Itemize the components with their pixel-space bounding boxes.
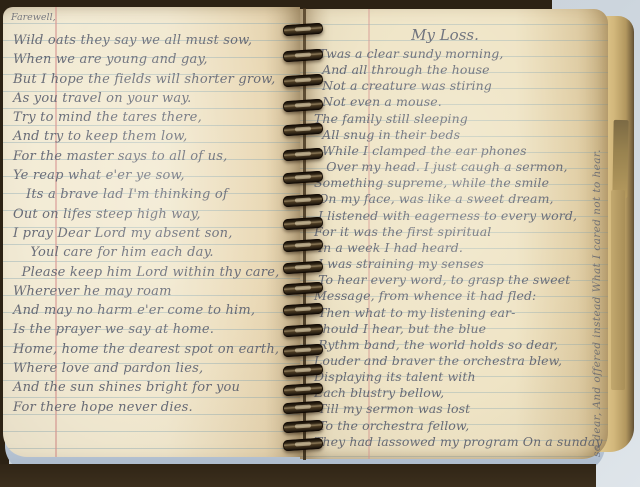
spiral-coil xyxy=(283,99,324,113)
spiral-binding xyxy=(274,0,332,472)
spiral-coil xyxy=(283,194,324,208)
handwriting-line: Message, from whence it had fled: xyxy=(314,288,603,304)
spiral-coil xyxy=(283,123,324,137)
handwriting-line: Not a creature was stiring xyxy=(314,78,603,94)
handwriting-line: Each blustry bellow, xyxy=(314,385,603,401)
handwriting-line: For the master says to all of us, xyxy=(13,147,279,166)
right-page-margin-note: so dear, And offered instead What I care… xyxy=(591,57,603,457)
spiral-coil xyxy=(283,261,324,275)
handwriting-line: Twas a clear sundy morning, xyxy=(314,46,603,62)
handwriting-line: While I clamped the ear phones xyxy=(314,143,603,159)
page-edge-strip xyxy=(611,190,625,390)
spiral-coil xyxy=(283,419,324,433)
handwriting-line: On my face, was like a sweet dream, xyxy=(314,191,603,207)
spiral-coil xyxy=(283,343,324,357)
handwriting-line: For it was the first spiritual xyxy=(314,224,603,240)
handwriting-line: Not even a mouse. xyxy=(314,94,603,110)
handwriting-line: Rythm band, the world holds so dear, xyxy=(314,337,603,353)
handwriting-line: Till my sermon was lost xyxy=(314,401,603,417)
spiral-coil xyxy=(283,239,324,253)
handwriting-line: When we are young and gay, xyxy=(13,50,279,69)
handwriting-line: And may no harm e'er come to him, xyxy=(13,301,279,320)
handwriting-line: To the orchestra fellow, xyxy=(314,418,603,434)
spiral-coil xyxy=(283,23,324,37)
handwriting-line: To hear every word, to grasp the sweet xyxy=(314,272,603,288)
handwriting-line: Home, home the dearest spot on earth, xyxy=(13,340,279,359)
spiral-coil xyxy=(283,323,324,337)
spiral-coil xyxy=(283,303,324,317)
handwriting-line: All snug in their beds xyxy=(314,127,603,143)
handwriting-line: Please keep him Lord within thy care, xyxy=(13,263,279,282)
handwriting-line: Wherever he may roam xyxy=(13,282,279,301)
handwriting-line: I listened with eagerness to every word, xyxy=(314,208,603,224)
left-page: Farewell, Wild oats they say we all must… xyxy=(3,7,300,457)
handwriting-line: Displaying its talent with xyxy=(314,369,603,385)
spiral-coil xyxy=(283,363,324,377)
handwriting-line: Try to mind the tares there, xyxy=(13,108,279,127)
handwriting-line: I was straining my senses xyxy=(314,256,603,272)
handwriting-line: I pray Dear Lord my absent son, xyxy=(13,224,279,243)
handwriting-line: Then what to my listening ear- xyxy=(314,305,603,321)
handwriting-line: Over my head. I just caugh a sermon, xyxy=(314,159,603,175)
spiral-coil xyxy=(283,74,324,88)
handwriting-line: And try to keep them low, xyxy=(13,127,279,146)
spiral-coil xyxy=(283,48,324,62)
handwriting-line: Something supreme, while the smile xyxy=(314,175,603,191)
handwriting-line: They had lassowed my program On a sunday xyxy=(314,434,603,450)
right-page-title: My Loss. xyxy=(340,26,550,44)
spiral-coil xyxy=(283,282,324,296)
handwriting-line: Wild oats they say we all must sow, xyxy=(13,31,279,50)
notebook-photo: Farewell, Wild oats they say we all must… xyxy=(0,0,640,487)
handwriting-line: The family still sleeping xyxy=(314,111,603,127)
spiral-coil xyxy=(283,171,324,185)
handwriting-line: Youl care for him each day. xyxy=(13,243,279,262)
handwriting-line: Ye reap what e'er ye sow, xyxy=(13,166,279,185)
handwriting-line: And the sun shines bright for you xyxy=(13,378,279,397)
handwriting-line: But I hope the fields will shorter grow, xyxy=(13,70,279,89)
handwriting-line: Out on lifes steep high way, xyxy=(13,205,279,224)
right-page: My Loss. Twas a clear sundy morning, And… xyxy=(300,9,608,459)
handwriting-line: In a week I had heard. xyxy=(314,240,603,256)
spiral-coil xyxy=(283,147,324,161)
tucked-paper-strip xyxy=(612,120,628,198)
spiral-coil xyxy=(283,401,324,415)
handwriting-line: Where love and pardon lies, xyxy=(13,359,279,378)
handwriting-line: Its a brave lad I'm thinking of xyxy=(13,185,279,204)
left-page-poem: Wild oats they say we all must sow,When … xyxy=(13,31,279,417)
spiral-coil xyxy=(283,217,324,231)
handwriting-line: Louder and braver the orchestra blew, xyxy=(314,353,603,369)
left-page-header: Farewell, xyxy=(11,12,56,23)
handwriting-line: Should I hear, but the blue xyxy=(314,321,603,337)
handwriting-line: As you travel on your way. xyxy=(13,89,279,108)
handwriting-line: And all through the house xyxy=(314,62,603,78)
spiral-coil xyxy=(283,382,324,396)
spiral-coil xyxy=(283,437,324,451)
handwriting-line: For there hope never dies. xyxy=(13,398,279,417)
handwriting-line: Is the prayer we say at home. xyxy=(13,320,279,339)
right-page-poem: Twas a clear sundy morning, And all thro… xyxy=(314,46,603,450)
